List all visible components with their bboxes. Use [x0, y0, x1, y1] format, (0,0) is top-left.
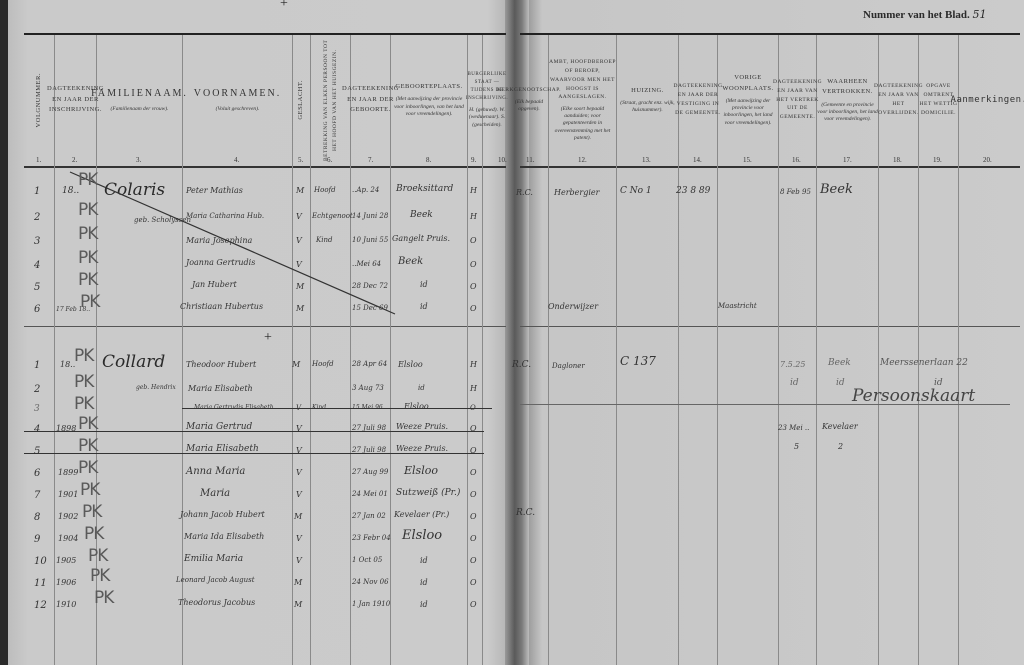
handwritten-entry: 2 [34, 384, 40, 395]
handwritten-entry: 10 [34, 556, 47, 567]
handwritten-entry: Gangelt Pruis. [392, 234, 450, 243]
handwritten-entry: 5 [794, 442, 799, 451]
column-number: 2. [72, 156, 77, 164]
handwritten-entry: Beek [398, 256, 423, 267]
handwritten-entry: R.C. [516, 508, 535, 518]
handwritten-entry: Maria Ida Elisabeth [184, 532, 264, 541]
pk-mark: PK [78, 436, 97, 456]
handwritten-entry: 8 [34, 512, 40, 523]
handwritten-entry: M [294, 578, 302, 587]
handwritten-entry: Maastricht [718, 302, 757, 310]
handwritten-entry: id [836, 378, 845, 388]
handwritten-entry: Dagloner [552, 362, 585, 370]
handwritten-entry: Christiaan Hubertus [180, 302, 263, 311]
column-number: 15. [743, 156, 752, 164]
handwritten-entry: Peter Mathias [186, 186, 243, 195]
handwritten-entry: O [470, 424, 477, 433]
handwritten-entry: Echtgenoot [312, 212, 353, 220]
handwritten-entry: V [296, 404, 301, 412]
handwritten-entry: Kind [312, 404, 326, 411]
column-number: 12. [578, 156, 587, 164]
handwritten-entry: V [296, 490, 302, 499]
column-number: 1. [36, 156, 41, 164]
column-number: 13. [642, 156, 651, 164]
handwritten-entry: Theodoor Hubert [186, 360, 256, 369]
header-col-9-10: Burgerlijke staat — Tijdens de inschrijv… [467, 36, 507, 164]
handwritten-entry: Maria [200, 488, 230, 499]
family-name-collard: Collard [102, 352, 165, 372]
handwritten-entry: 7 [34, 490, 40, 501]
pk-mark: PK [78, 414, 97, 434]
handwritten-entry: Hoofd [314, 186, 336, 194]
handwritten-entry: ..Ap. 24 [352, 186, 379, 194]
column-number: 10. [498, 156, 507, 164]
handwritten-entry: O [470, 578, 477, 587]
header-col-11: Kerkgenootschap.(Elk bepaald opgeven). [510, 36, 548, 164]
handwritten-entry: 23 8 89 [676, 186, 710, 196]
handwritten-entry: O [470, 534, 477, 543]
handwritten-entry: 1 Jan 1910 [352, 600, 390, 608]
handwritten-entry: Anna Maria [186, 466, 245, 477]
header-col-16: Dagteekening en Jaar van het Vertrek uit… [779, 36, 816, 164]
handwritten-entry: V [296, 468, 302, 477]
column-number: 17. [843, 156, 852, 164]
handwritten-entry: id [420, 578, 428, 587]
handwritten-entry: Jan Hubert [192, 280, 237, 289]
handwritten-entry: 24 Mei 01 [352, 490, 388, 498]
header-col-18: Dagteekening en Jaar van het Overlijden. [879, 36, 918, 164]
handwritten-entry: M [294, 512, 302, 521]
handwritten-entry: 8 Feb 95 [780, 188, 811, 196]
handwritten-entry: 1901 [58, 490, 78, 499]
handwritten-entry: 1904 [58, 534, 78, 543]
handwritten-entry: Weeze Pruis. [396, 422, 448, 431]
pk-mark: PK [88, 546, 107, 566]
handwritten-entry: Kevelaer [822, 422, 858, 431]
column-number: 6. [327, 156, 332, 164]
handwritten-entry: 1906 [56, 578, 76, 587]
pk-mark: PK [78, 270, 97, 290]
header-col-5: Geslacht. [293, 36, 310, 164]
pk-mark: PK [80, 292, 99, 312]
column-number: 5. [298, 156, 303, 164]
handwritten-entry: 28 Apr 64 [352, 360, 387, 368]
handwritten-entry: Maria Elisabeth [186, 444, 259, 454]
handwritten-entry: id [420, 280, 428, 289]
handwritten-entry: Leonard Jacob August [176, 576, 255, 584]
handwritten-entry: 24 Nov 06 [352, 578, 389, 586]
handwritten-entry: O [470, 556, 477, 565]
handwritten-entry: H [470, 360, 477, 369]
handwritten-entry: 23 Mei .. [778, 424, 809, 432]
handwritten-entry: V [296, 534, 302, 543]
handwritten-entry: 27 Juli 98 [352, 446, 386, 454]
handwritten-entry: 1 Oct 05 [352, 556, 382, 564]
top-rule-right [520, 33, 1020, 35]
handwritten-entry: Herbergier [554, 188, 599, 197]
handwritten-entry: O [470, 512, 477, 521]
handwritten-entry: V [296, 446, 302, 455]
column-number: 8. [426, 156, 431, 164]
handwritten-entry: ..Mei 64 [352, 260, 381, 268]
handwritten-entry: O [470, 446, 477, 455]
handwritten-entry: 1905 [56, 556, 76, 565]
sheet-number-label: Nummer van het Blad. 51 [863, 8, 987, 21]
handwritten-entry: 6 [34, 304, 40, 315]
handwritten-entry: 9 [34, 534, 40, 545]
handwritten-entry: O [470, 236, 477, 245]
handwritten-entry: id [420, 302, 428, 311]
handwritten-entry: 27 Jan 02 [352, 512, 386, 520]
family-note: geb. Hendrix [136, 384, 176, 391]
header-col-8: Geboorteplaats.(Met aanwijzing der provi… [391, 36, 467, 164]
handwritten-entry: 1 [34, 360, 40, 371]
header-rule-right [520, 166, 1020, 168]
margin-cross-top: + [280, 0, 288, 12]
sheet-number: 51 [973, 8, 987, 21]
header-col-12: Ambt, hoofdberoep of beroep, waarvoor me… [549, 36, 616, 164]
handwritten-entry: 1902 [58, 512, 78, 521]
handwritten-entry: V [296, 424, 302, 433]
handwritten-entry: 12 [34, 600, 47, 611]
handwritten-entry: M [296, 304, 304, 313]
handwritten-entry: Meerssenerlaan 22 [880, 358, 968, 368]
handwritten-entry: 1 [34, 186, 40, 197]
handwritten-entry: 11 [34, 578, 47, 589]
pk-mark: PK [78, 458, 97, 478]
header-col-20: Aanmerkingen. [959, 36, 1019, 164]
handwritten-entry: Hoofd [312, 360, 334, 368]
handwritten-entry: 5 [34, 446, 40, 457]
handwritten-entry: 18.. [60, 360, 75, 369]
handwritten-entry: id [418, 384, 425, 392]
handwritten-entry: 2 [34, 212, 40, 223]
pk-mark: PK [94, 588, 113, 608]
handwritten-entry: 1899 [58, 468, 78, 477]
handwritten-entry: Beek [828, 358, 851, 368]
pk-mark: PK [80, 480, 99, 500]
handwritten-entry: V [296, 212, 302, 221]
handwritten-entry: Maria Elisabeth [188, 384, 253, 393]
handwritten-entry: Elsloo [398, 360, 423, 369]
header-col-4: Voornamen.(Voluit geschreven). [183, 36, 292, 164]
header-col-3: Familienaam.(Familienaam der vrouw). [97, 36, 182, 164]
handwritten-entry: M [296, 186, 304, 195]
header-col-14: Dagteekening en Jaar der Vestiging in de… [679, 36, 717, 164]
column-number: 9. [471, 156, 476, 164]
handwritten-entry: M [296, 282, 304, 291]
handwritten-entry: id [420, 600, 428, 609]
handwritten-entry: O [470, 260, 477, 269]
margin-cross-collard: + [264, 330, 272, 346]
handwritten-entry: Onderwijzer [548, 302, 598, 311]
handwritten-entry: Kind [316, 236, 332, 244]
handwritten-entry: V [296, 260, 302, 269]
handwritten-entry: R.C. [512, 360, 531, 370]
handwritten-entry: 14 Juni 28 [352, 212, 388, 220]
handwritten-entry: V [296, 556, 302, 565]
handwritten-entry: 2 [838, 442, 843, 451]
handwritten-entry: 4 [34, 424, 40, 435]
handwritten-entry: M [292, 360, 300, 369]
handwritten-entry: Elsloo [404, 464, 438, 477]
handwritten-entry: H [470, 384, 477, 393]
handwritten-entry: id [790, 378, 799, 388]
handwritten-entry: M [294, 600, 302, 609]
column-number: 20. [983, 156, 992, 164]
handwritten-entry: 6 [34, 468, 40, 479]
handwritten-entry: 4 [34, 260, 40, 271]
handwritten-entry: id [420, 556, 428, 565]
handwritten-entry: R.C. [516, 188, 533, 197]
pk-mark: PK [74, 394, 93, 414]
pk-mark: PK [78, 170, 97, 190]
handwritten-entry: 18.. [62, 186, 79, 196]
handwritten-entry: Joanna Gertrudis [186, 258, 255, 267]
handwritten-entry: O [470, 468, 477, 477]
handwritten-entry: Elsloo [404, 402, 429, 411]
header-col-17: Waarheen vertrokken.(Gemeente en provinc… [817, 36, 878, 164]
column-number: 7. [368, 156, 373, 164]
handwritten-entry: Beek [410, 210, 433, 220]
column-number: 18. [893, 156, 902, 164]
handwritten-entry: O [470, 600, 477, 609]
column-number: 4. [234, 156, 239, 164]
handwritten-entry: 10 Juni 55 [352, 236, 388, 244]
handwritten-entry: Johann Jacob Hubert [180, 510, 265, 519]
handwritten-entry: 1910 [56, 600, 76, 609]
pk-mark: PK [78, 200, 97, 220]
pk-mark: PK [78, 224, 97, 244]
header-col-13: Huizing.(Straat, gracht enz. wijk, huisn… [617, 36, 678, 164]
header-col-2: Dagteekening en Jaar der Inschrijving. [55, 36, 96, 164]
pk-mark: PK [84, 524, 103, 544]
header-col-7: Dagteekening en Jaar der Geboorte. [351, 36, 390, 164]
handwritten-entry: Weeze Pruis. [396, 444, 448, 453]
handwritten-entry: 27 Aug 99 [352, 468, 388, 476]
header-col-15: Vorige Woonplaats.(Met aanwijzing der pr… [718, 36, 778, 164]
handwritten-entry: C No 1 [620, 186, 652, 196]
handwritten-entry: O [470, 404, 476, 412]
pk-mark: PK [82, 502, 101, 522]
handwritten-entry: Maria Gertrudis Elisabeth [194, 404, 274, 411]
column-number: 16. [792, 156, 801, 164]
handwritten-entry: Broeksittard [396, 184, 453, 194]
column-number: 3. [136, 156, 141, 164]
household-separator-right [520, 326, 1020, 327]
handwritten-entry: 1898 [56, 424, 76, 433]
handwritten-entry: H [470, 212, 477, 221]
handwritten-entry: Beek [820, 182, 853, 197]
handwritten-entry: 3 [34, 404, 40, 414]
handwritten-entry: 27 Juli 98 [352, 424, 386, 432]
handwritten-entry: Kevelaer (Pr.) [394, 510, 449, 519]
handwritten-entry: Elsloo [402, 528, 442, 543]
persoonskaart-note: Persoonskaart [852, 386, 975, 406]
handwritten-entry: 7.5.25 [780, 360, 805, 369]
handwritten-entry: O [470, 304, 477, 313]
handwritten-entry: O [470, 490, 477, 499]
pk-mark: PK [74, 372, 93, 392]
handwritten-entry: 3 Aug 73 [352, 384, 384, 392]
handwritten-entry: 3 [34, 236, 40, 247]
handwritten-entry: Maria Catharina Hub. [186, 212, 264, 220]
pk-mark: PK [78, 248, 97, 268]
handwritten-entry: 15 Mei 96 [352, 404, 383, 411]
pk-mark: PK [74, 346, 93, 366]
handwritten-entry: Sutzweiß (Pr.) [396, 488, 460, 498]
column-number: 11. [526, 156, 535, 164]
handwritten-entry: 28 Dec 72 [352, 282, 388, 290]
column-number: 19. [933, 156, 942, 164]
handwritten-entry: Emilia Maria [184, 554, 243, 564]
handwritten-entry: C 137 [620, 354, 656, 368]
handwritten-entry: 23 Febr 04 [352, 534, 391, 542]
handwritten-entry: Maria Josephina [186, 236, 252, 245]
column-number: 14. [693, 156, 702, 164]
handwritten-entry: O [470, 282, 477, 291]
handwritten-entry: Maria Gertrud [186, 422, 252, 432]
handwritten-entry: H [470, 186, 477, 195]
handwritten-entry: V [296, 236, 302, 245]
handwritten-entry: Theodorus Jacobus [178, 598, 255, 607]
handwritten-entry: 15 Dec 69 [352, 304, 388, 312]
pk-mark: PK [90, 566, 109, 586]
handwritten-entry: 5 [34, 282, 40, 293]
